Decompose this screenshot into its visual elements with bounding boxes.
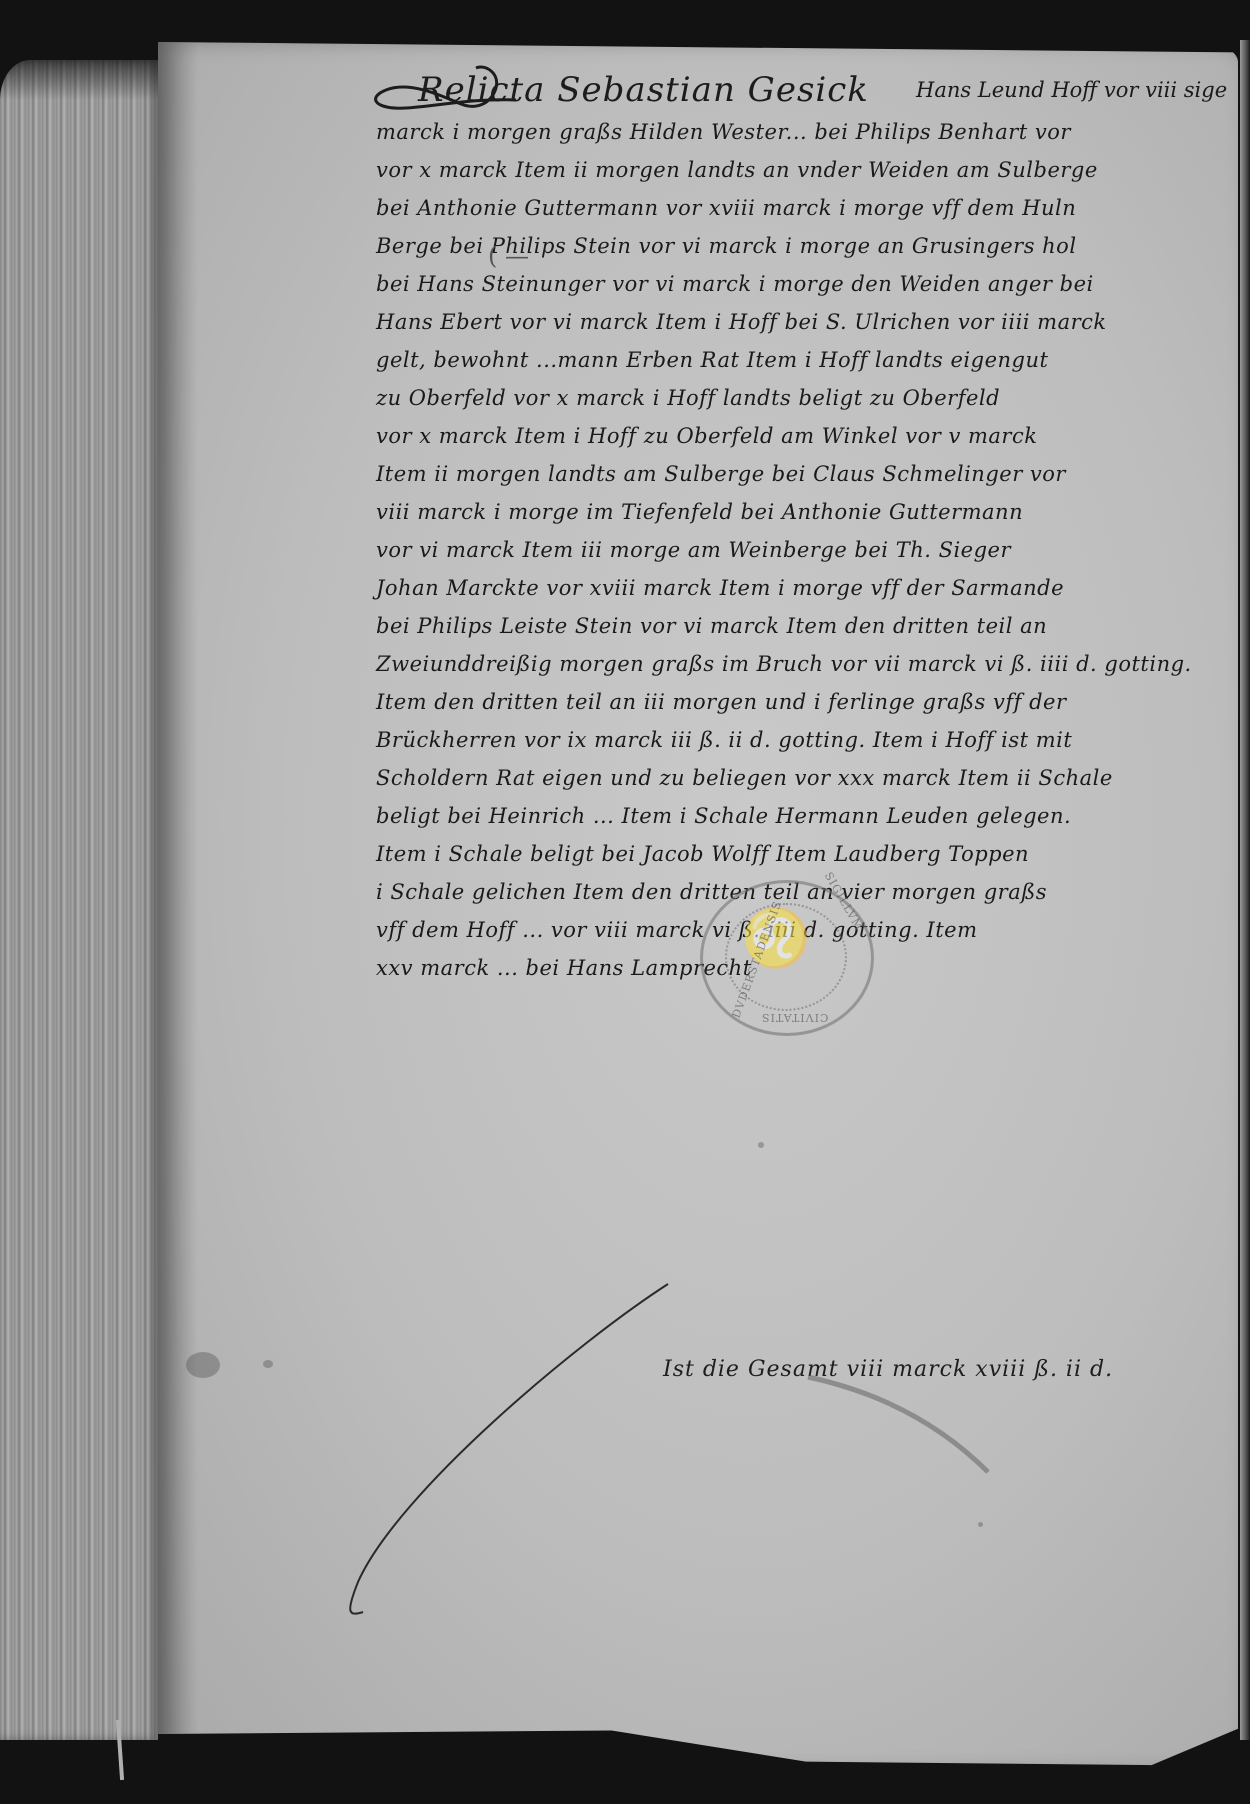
manuscript-line: beligt bei Heinrich ... Item i Schale He… bbox=[376, 804, 1071, 828]
manuscript-line: Hans Ebert vor vi marck Item i Hoff bei … bbox=[376, 310, 1107, 334]
manuscript-line: bei Philips Leiste Stein vor vi marck It… bbox=[376, 614, 1047, 638]
manuscript-line: Item ii morgen landts am Sulberge bei Cl… bbox=[376, 462, 1066, 486]
manuscript-line: i Schale gelichen Item den dritten teil … bbox=[376, 880, 1047, 904]
manuscript-line: vff dem Hoff ... vor viii marck vi ß. ii… bbox=[376, 918, 978, 942]
manuscript-line: Zweiunddreißig morgen graßs im Bruch vor… bbox=[376, 652, 1192, 676]
manuscript-line: zu Oberfeld vor x marck i Hoff landts be… bbox=[376, 386, 1000, 410]
manuscript-line: Item i Schale beligt bei Jacob Wolff Ite… bbox=[376, 842, 1029, 866]
manuscript-line: viii marck i morge im Tiefenfeld bei Ant… bbox=[376, 500, 1023, 524]
diagonal-pen-stroke-icon bbox=[158, 42, 1238, 1772]
stamp-text-bottom: CIVITATIS bbox=[761, 1011, 828, 1024]
manuscript-page: Relicta Sebastian Gesick Hans Leund Hoff… bbox=[158, 42, 1238, 1772]
manuscript-line: gelt, bewohnt ...mann Erben Rat Item i H… bbox=[376, 348, 1048, 372]
scanned-book-scene: Relicta Sebastian Gesick Hans Leund Hoff… bbox=[0, 0, 1250, 1804]
ink-stain bbox=[186, 1352, 220, 1378]
manuscript-line: vor x marck Item ii morgen landts an vnd… bbox=[376, 158, 1098, 182]
manuscript-line: vor x marck Item i Hoff zu Oberfeld am W… bbox=[376, 424, 1037, 448]
margin-mark: ( — bbox=[488, 242, 529, 270]
paper-speck bbox=[263, 1360, 273, 1368]
closing-total-note: Ist die Gesamt viii marck xviii ß. ii d. bbox=[663, 1357, 1113, 1382]
manuscript-line: marck i morgen graßs Hilden Wester... be… bbox=[376, 120, 1071, 144]
manuscript-line: xxv marck ... bei Hans Lamprecht bbox=[376, 956, 752, 980]
manuscript-line: vor vi marck Item iii morge am Weinberge… bbox=[376, 538, 1011, 562]
manuscript-line: Johan Marckte vor xviii marck Item i mor… bbox=[376, 576, 1064, 600]
paper-speck bbox=[758, 1142, 764, 1148]
manuscript-line: Scholdern Rat eigen und zu beliegen vor … bbox=[376, 766, 1113, 790]
archive-stamp: ♌ SIGILLVM DVDERSTADENSIS CIVITATIS bbox=[700, 880, 874, 1036]
manuscript-line: Berge bei Philips Stein vor vi marck i m… bbox=[376, 234, 1077, 258]
book-page-edges bbox=[0, 60, 158, 1740]
manuscript-line: bei Anthonie Guttermann vor xviii marck … bbox=[376, 196, 1076, 220]
heading-line-continuation: Hans Leund Hoff vor viii sige bbox=[916, 78, 1227, 102]
gutter-shadow bbox=[158, 42, 198, 1772]
manuscript-line: Item den dritten teil an iii morgen und … bbox=[376, 690, 1067, 714]
book-right-edge bbox=[1240, 40, 1250, 1740]
heading-title: Relicta Sebastian Gesick bbox=[418, 70, 869, 110]
manuscript-line: bei Hans Steinunger vor vi marck i morge… bbox=[376, 272, 1094, 296]
manuscript-line: Brückherren vor ix marck iii ß. ii d. go… bbox=[376, 728, 1072, 752]
paper-speck bbox=[978, 1522, 983, 1527]
page-edge-shadow bbox=[0, 40, 160, 100]
